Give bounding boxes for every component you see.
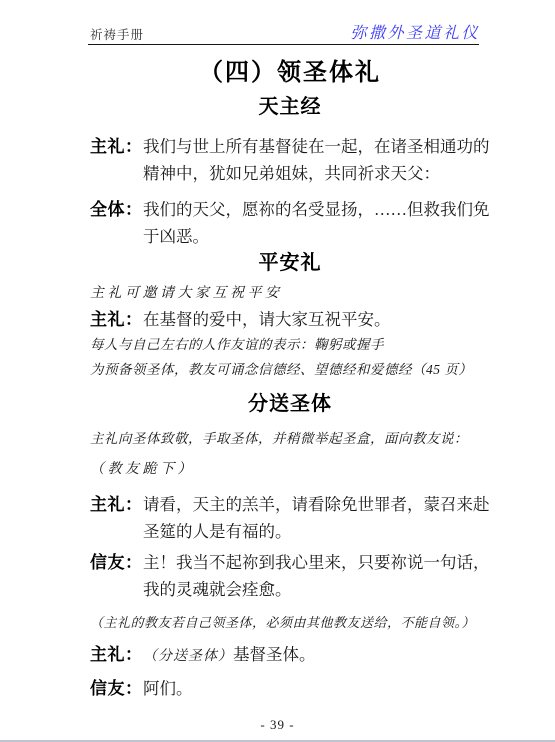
rubric-note: 每人与自己左右的人作友谊的表示：鞠躬或握手 xyxy=(90,333,490,357)
rubric-note: 为预备领圣体，教友可诵念信德经、望德经和爱德经（45 页） xyxy=(90,358,490,382)
speech-text: 请看，天主的羔羊，请看除免世罪者，蒙召来赴圣筵的人是有福的。 xyxy=(143,491,490,545)
speech-text: 在基督的爱中，请大家互祝平安。 xyxy=(143,306,490,333)
speech-text: （分送圣体）基督圣体。 xyxy=(143,641,490,670)
section-sign-of-peace: 平安礼 主礼可邀请大家互祝平安 主礼： 在基督的爱中，请大家互祝平安。 每人与自… xyxy=(90,250,490,382)
section-heading: 分送圣体 xyxy=(90,391,490,417)
speaker-label: 主礼： xyxy=(90,306,143,333)
page-content: （四）领圣体礼 天主经 主礼： 我们与世上所有基督徒在一起，在诸圣相通功的精神中… xyxy=(90,45,490,702)
dialog-line: 信友： 主！我当不起祢到我心里来，只要祢说一句话，我的灵魂就会痊愈。 xyxy=(90,549,490,603)
rubric-note: 主礼向圣体致敬，手取圣体，并稍微举起圣盒，面向教友说： xyxy=(90,427,490,451)
rubric-note: 主礼可邀请大家互祝平安 xyxy=(90,282,490,306)
speech-text: 我们与世上所有基督徒在一起，在诸圣相通功的精神中，犹如兄弟姐妹，共同祈求天父： xyxy=(143,133,490,187)
header-booklet-title: 祈祷手册 xyxy=(90,27,144,43)
speaker-label: 全体： xyxy=(90,196,143,250)
speech-text: 阿们。 xyxy=(143,675,490,702)
header-chapter-title: 弥撒外圣道礼仪 xyxy=(350,24,480,43)
speech-text: 主！我当不起祢到我心里来，只要祢说一句话，我的灵魂就会痊愈。 xyxy=(143,549,490,603)
section-heading: 天主经 xyxy=(90,94,490,120)
page-number: - 39 - xyxy=(260,717,294,732)
section-distribution-of-communion: 分送圣体 主礼向圣体致敬，手取圣体，并稍微举起圣盒，面向教友说： （教友跪下） … xyxy=(90,391,490,702)
dialog-line: 主礼： （分送圣体）基督圣体。 xyxy=(90,641,490,670)
section-lords-prayer: 天主经 主礼： 我们与世上所有基督徒在一起，在诸圣相通功的精神中，犹如兄弟姐妹，… xyxy=(90,94,490,250)
inline-rubric: （分送圣体） xyxy=(143,649,233,664)
document-title: （四）领圣体礼 xyxy=(90,57,490,89)
dialog-line: 主礼： 在基督的爱中，请大家互祝平安。 xyxy=(90,306,490,333)
page-footer: - 39 - xyxy=(0,716,555,733)
dialog-line: 主礼： 我们与世上所有基督徒在一起，在诸圣相通功的精神中，犹如兄弟姐妹，共同祈求… xyxy=(90,133,490,187)
section-heading: 平安礼 xyxy=(90,250,490,276)
dialog-line: 全体： 我们的天父，愿祢的名受显扬，……但救我们免于凶恶。 xyxy=(90,196,490,250)
speech-text: 我们的天父，愿祢的名受显扬，……但救我们免于凶恶。 xyxy=(143,196,490,250)
rubric-note: （主礼的教友若自己领圣体，必须由其他教友送给，不能自领。） xyxy=(90,611,490,635)
page-header: 祈祷手册 弥撒外圣道礼仪 xyxy=(90,24,480,43)
dialog-line: 主礼： 请看，天主的羔羊，请看除免世罪者，蒙召来赴圣筵的人是有福的。 xyxy=(90,491,490,545)
dialog-line: 信友： 阿们。 xyxy=(90,675,490,702)
speech-text-main: 基督圣体。 xyxy=(233,645,316,664)
speaker-label: 主礼： xyxy=(90,491,143,545)
rubric-note: （教友跪下） xyxy=(90,458,490,482)
speaker-label: 信友： xyxy=(90,549,143,603)
speaker-label: 信友： xyxy=(90,675,143,702)
document-page: 祈祷手册 弥撒外圣道礼仪 （四）领圣体礼 天主经 主礼： 我们与世上所有基督徒在… xyxy=(0,0,555,742)
speaker-label: 主礼： xyxy=(90,641,143,670)
speaker-label: 主礼： xyxy=(90,133,143,187)
